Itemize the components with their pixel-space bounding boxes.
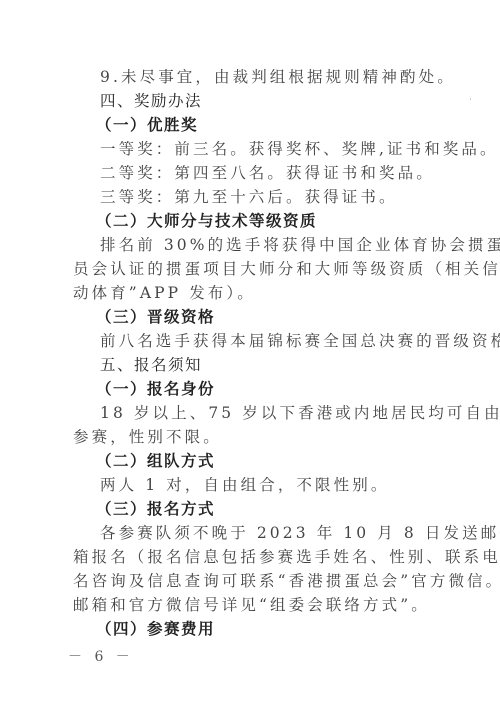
eligibility-para-line1: 18 岁以上、75 岁以下香港或内地居民均可自由组对报名 — [100, 402, 460, 424]
eligibility-para-line2: 参赛，性别不限。 — [73, 426, 433, 448]
subheading-team-formation: （二）组队方式 — [96, 450, 456, 472]
rule-item-9: 9.未尽事宜，由裁判组根据规则精神酌处。 — [100, 66, 460, 88]
first-prize-text: 一等奖：前三名。获得奖杯、奖牌,证书和奖品。 — [100, 138, 460, 160]
subheading-eligibility: （一）报名身份 — [96, 378, 456, 400]
master-points-para-line2: 员会认证的掼蛋项目大师分和大师等级资质（相关信息在“亿 — [73, 258, 433, 280]
section-heading-rewards: 四、奖励办法 — [100, 90, 460, 112]
section-heading-registration: 五、报名须知 — [100, 354, 460, 376]
master-points-para-line3: 动体育”APP 发布）。 — [73, 282, 433, 304]
scan-speck — [470, 98, 471, 100]
registration-para-line2: 箱报名（报名信息包括参赛选手姓名、性别、联系电话）。报 — [73, 546, 433, 568]
master-points-para-line1: 排名前 30%的选手将获得中国企业体育协会掼蛋专业委 — [100, 234, 460, 256]
subheading-registration-method: （三）报名方式 — [96, 498, 456, 520]
subheading-entry-fee: （四）参赛费用 — [96, 618, 456, 640]
qualification-text: 前八名选手获得本届锦标赛全国总决赛的晋级资格。 — [100, 330, 460, 352]
registration-para-line4: 邮箱和官方微信号详见“组委会联络方式”。 — [73, 594, 433, 616]
second-prize-text: 二等奖：第四至八名。获得证书和奖品。 — [100, 162, 460, 184]
third-prize-text: 三等奖：第九至十六后。获得证书。 — [100, 186, 460, 208]
subheading-winner-award: （一）优胜奖 — [96, 114, 456, 136]
subheading-qualification: （三）晋级资格 — [96, 306, 456, 328]
registration-para-line1: 各参赛队须不晚于 2023 年 10 月 8 日发送邮件至组委会邮 — [100, 522, 460, 544]
subheading-master-points: （二）大师分与技术等级资质 — [96, 210, 456, 232]
page-number: － 6 － — [68, 646, 134, 666]
team-formation-text: 两人 1 对，自由组合，不限性别。 — [100, 474, 460, 496]
registration-para-line3: 名咨询及信息查询可联系“香港掼蛋总会”官方微信。组委会 — [73, 570, 433, 592]
